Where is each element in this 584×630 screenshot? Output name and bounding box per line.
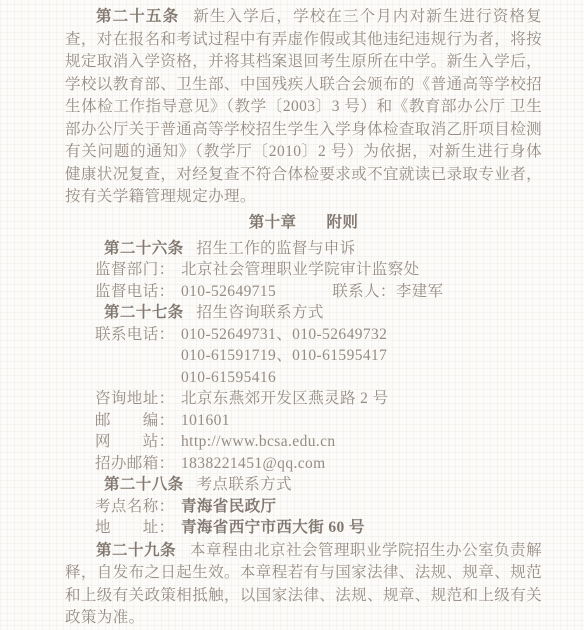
admission-email-label: 招办邮箱： xyxy=(95,453,181,475)
article-28-heading: 第二十八条 考点联系方式 xyxy=(104,474,542,496)
consult-address-label: 咨询地址： xyxy=(95,388,181,410)
chapter-10-heading: 第十章附则 xyxy=(65,212,542,234)
contact-phone-line-1: 010-52649731、010-52649732 xyxy=(181,324,387,346)
exam-site-address-value: 青海省西宁市西大街 60 号 xyxy=(181,517,365,539)
website-label: 网 站： xyxy=(95,431,181,453)
article-29-paragraph: 第二十九条本章程由北京社会管理职业学院招生办公室负责解释，自发布之日起生效。本章… xyxy=(65,540,542,622)
article-27-number: 第二十七条 xyxy=(104,302,184,324)
article-26-title: 招生工作的监督与申诉 xyxy=(197,238,356,260)
article-25-body: 新生入学后，学校在三个月内对新生进行资格复查，对在报名和考试过程中有弄虚作假或其… xyxy=(65,8,542,205)
supervise-dept-label: 监督部门： xyxy=(95,259,181,281)
supervise-dept-value: 北京社会管理职业学院审计监察处 xyxy=(181,259,420,281)
exam-site-name-row: 考点名称： 青海省民政厅 xyxy=(95,496,542,518)
article-28-title: 考点联系方式 xyxy=(197,474,292,496)
chapter-10-number: 第十章 xyxy=(249,214,297,231)
article-27-title: 招生咨询联系方式 xyxy=(197,302,324,324)
zip-code-value: 101601 xyxy=(181,410,230,432)
article-25-number: 第二十五条 xyxy=(96,8,179,25)
contact-phone-row-2: 010-61591719、010-61595417 xyxy=(181,345,542,367)
admission-email-row: 招办邮箱： 1838221451@qq.com xyxy=(95,453,542,475)
zip-code-label: 邮 编： xyxy=(95,410,181,432)
contact-phone-line-3: 010-61595416 xyxy=(181,367,276,389)
consult-address-row: 咨询地址： 北京东燕郊开发区燕灵路 2 号 xyxy=(95,388,542,410)
article-26-heading: 第二十六条 招生工作的监督与申诉 xyxy=(104,238,542,260)
supervise-phone-row: 监督电话： 010-52649715 联系人： 李建军 xyxy=(95,281,542,303)
exam-site-address-row: 地 址： 青海省西宁市西大街 60 号 xyxy=(95,517,542,539)
contact-phone-label: 联系电话： xyxy=(95,324,181,346)
article-28-number: 第二十八条 xyxy=(104,474,184,496)
article-27-heading: 第二十七条 招生咨询联系方式 xyxy=(104,302,542,324)
article-29-number: 第二十九条 xyxy=(96,542,176,559)
article-26-number: 第二十六条 xyxy=(104,238,184,260)
article-25-paragraph: 第二十五条新生入学后，学校在三个月内对新生进行资格复查，对在报名和考试过程中有弄… xyxy=(65,6,542,209)
supervise-phone-value: 010-52649715 xyxy=(181,281,276,303)
consult-address-value: 北京东燕郊开发区燕灵路 2 号 xyxy=(181,388,389,410)
document-page: 第二十五条新生入学后，学校在三个月内对新生进行资格复查，对在报名和考试过程中有弄… xyxy=(65,6,542,621)
contact-phone-row-3: 010-61595416 xyxy=(181,367,542,389)
exam-site-address-label: 地 址： xyxy=(95,517,181,539)
contact-phone-row-1: 联系电话： 010-52649731、010-52649732 xyxy=(95,324,542,346)
chapter-10-title: 附则 xyxy=(326,214,358,231)
appendix-rows: 第二十六条 招生工作的监督与申诉 监督部门： 北京社会管理职业学院审计监察处 监… xyxy=(65,238,542,539)
website-row: 网 站： http://www.bcsa.edu.cn xyxy=(95,431,542,453)
contact-person-label: 联系人： xyxy=(332,281,396,303)
contact-phone-line-2: 010-61591719、010-61595417 xyxy=(181,345,387,367)
gap xyxy=(276,281,332,303)
exam-site-name-label: 考点名称： xyxy=(95,496,181,518)
supervise-phone-label: 监督电话： xyxy=(95,281,181,303)
admission-email-value: 1838221451@qq.com xyxy=(181,453,326,475)
website-url: http://www.bcsa.edu.cn xyxy=(181,431,336,453)
supervise-dept-row: 监督部门： 北京社会管理职业学院审计监察处 xyxy=(95,259,542,281)
exam-site-name-value: 青海省民政厅 xyxy=(181,496,276,518)
contact-person-value: 李建军 xyxy=(396,281,444,303)
zip-code-row: 邮 编： 101601 xyxy=(95,410,542,432)
